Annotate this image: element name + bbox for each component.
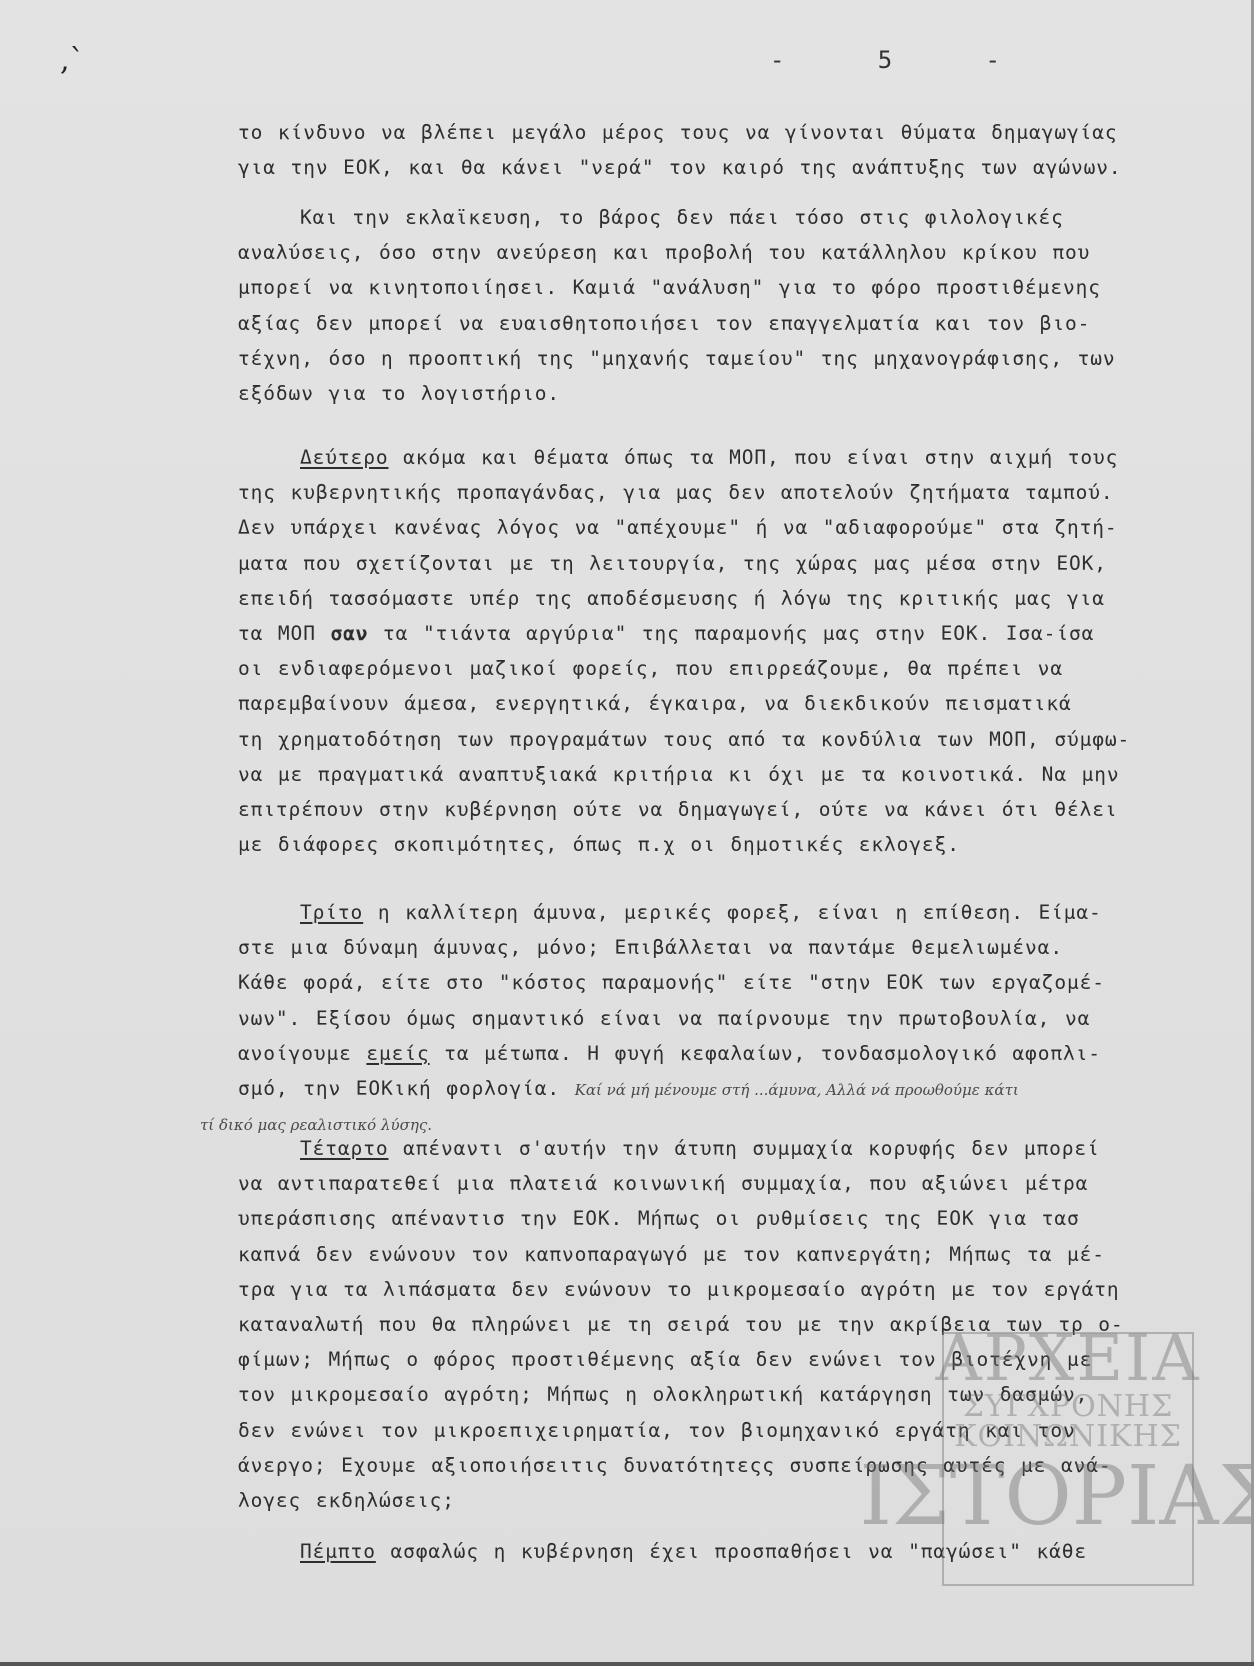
text-line: παρεμβαίνουν άμεσα, ενεργητικά, έγκαιρα,…: [238, 686, 1250, 721]
text-line: της κυβερνητικής προπαγάνδας, για μας δε…: [238, 475, 1250, 510]
text-line: το κίνδυνο να βλέπει μεγάλο μέρος τους ν…: [238, 115, 1250, 150]
paragraph-second: Δεύτερο ακόμα και θέματα όπως τα ΜΟΠ, πο…: [238, 440, 1250, 862]
paragraph-third: Τρίτο η καλλίτερη άμυνα, μερικές φορεξ, …: [238, 895, 1250, 1106]
text-line: δεν ενώνει τον μικροεπιχειρηματία, τον β…: [238, 1413, 1250, 1448]
text-line: λογες εκδηλώσεις;: [238, 1483, 1250, 1518]
text-line: επειδή τασσόμαστε υπέρ της αποδέσμευσης …: [238, 581, 1250, 616]
text-line: Κάθε φορά, είτε στο "κόστος παραμονής" ε…: [238, 965, 1250, 1000]
overtyped-word: σαν: [330, 622, 368, 645]
text-span: η καλλίτερη άμυνα, μερικές φορεξ, είναι …: [363, 901, 1101, 924]
text-span: σμό, την ΕΟΚική φορλογία.: [238, 1077, 560, 1100]
text-line: μπορεί να κινητοποιίησει. Καμιά "ανάλυση…: [238, 270, 1250, 305]
section-heading-fifth: Πέμπτο: [300, 1540, 376, 1563]
paragraph-continuation: το κίνδυνο να βλέπει μεγάλο μέρος τους ν…: [238, 115, 1250, 185]
text-line: άνεργο; Εχουμε αξιοποιήσειτις δυνατότητε…: [238, 1448, 1250, 1483]
page-number-left-dash: -: [770, 46, 784, 74]
section-heading-fourth: Τέταρτο: [300, 1137, 388, 1160]
text-line: Και την εκλαϊκευση, το βάρος δεν πάει τό…: [238, 200, 1250, 235]
text-line: σμό, την ΕΟΚική φορλογία. Καί νά μή μένο…: [238, 1071, 1250, 1106]
text-line: για την ΕΟΚ, και θα κάνει "νερά" τον και…: [238, 150, 1250, 185]
page-number: - 5 -: [770, 46, 1000, 74]
text-line: να αντιπαρατεθεί μια πλατειά κοινωνική σ…: [238, 1166, 1250, 1201]
text-line: τρα για τα λιπάσματα δεν ενώνουν το μικρ…: [238, 1272, 1250, 1307]
text-span: τα μέτωπα. Η φυγή κεφαλαίων, τονδασμολογ…: [430, 1042, 1101, 1065]
handwritten-annotation: Καί νά μή μένουμε στή ...άμυνα, Αλλά νά …: [575, 1081, 1019, 1099]
text-line: εξόδων για το λογιστήριο.: [238, 376, 1250, 411]
text-span: ανοίγουμε: [238, 1042, 366, 1065]
text-line: τέχνη, όσο η προοπτική της "μηχανής ταμε…: [238, 341, 1250, 376]
text-line: Δεν υπάρχει κανένας λόγος να "απέχουμε" …: [238, 510, 1250, 545]
paragraph-fifth: Πέμπτο ασφαλώς η κυβέρνηση έχει προσπαθή…: [238, 1534, 1250, 1569]
text-span: τα ΜΟΠ: [238, 622, 330, 645]
text-line: επιτρέπουν στην κυβέρνηση ούτε να δημαγω…: [238, 792, 1250, 827]
text-line: τον μικρομεσαίο αγρότη; Μήπως η ολοκληρω…: [238, 1377, 1250, 1412]
page-edge-bottom: [0, 1662, 1254, 1666]
underlined-word: εμείς: [366, 1042, 429, 1065]
text-line: Τρίτο η καλλίτερη άμυνα, μερικές φορεξ, …: [238, 895, 1250, 930]
text-line: Πέμπτο ασφαλώς η κυβέρνηση έχει προσπαθή…: [238, 1534, 1250, 1569]
text-line: νων". Εξίσου όμως σημαντικό είναι να παί…: [238, 1001, 1250, 1036]
section-heading-second: Δεύτερο: [300, 446, 388, 469]
page-number-value: 5: [878, 46, 892, 74]
text-span: ασφαλώς η κυβέρνηση έχει προσπαθήσει να …: [376, 1540, 1087, 1563]
text-line: ματα που σχετίζονται με τη λειτουργία, τ…: [238, 546, 1250, 581]
text-line: υπεράσπισης απέναντισ την ΕΟΚ. Μήπως οι …: [238, 1201, 1250, 1236]
document-page: ,` - 5 - το κίνδυνο να βλέπει μεγάλο μέρ…: [0, 0, 1254, 1666]
text-span: τα "τιάντα αργύρια" της παραμονής μας στ…: [368, 622, 1094, 645]
text-line: Τέταρτο απέναντι σ'αυτήν την άτυπη συμμα…: [238, 1131, 1250, 1166]
text-line: να με πραγματικά αναπτυξιακά κριτήρια κι…: [238, 757, 1250, 792]
text-span: απέναντι σ'αυτήν την άτυπη συμμαχία κορυ…: [388, 1137, 1099, 1160]
paragraph-popularization: Και την εκλαϊκευση, το βάρος δεν πάει τό…: [238, 200, 1250, 411]
section-heading-third: Τρίτο: [300, 901, 363, 924]
text-line: ανοίγουμε εμείς τα μέτωπα. Η φυγή κεφαλα…: [238, 1036, 1250, 1071]
text-span: ακόμα και θέματα όπως τα ΜΟΠ, που είναι …: [388, 446, 1118, 469]
paragraph-fourth: Τέταρτο απέναντι σ'αυτήν την άτυπη συμμα…: [238, 1131, 1250, 1518]
text-line: τη χρηματοδότηση των προγραμάτων τους απ…: [238, 722, 1250, 757]
text-line: καταναλωτή που θα πληρώνει με τη σειρά τ…: [238, 1307, 1250, 1342]
text-line: τα ΜΟΠ σαν τα "τιάντα αργύρια" της παραμ…: [238, 616, 1250, 651]
text-line: οι ενδιαφερόμενοι μαζικοί φορείς, που επ…: [238, 651, 1250, 686]
text-line: φίμων; Μήπως ο φόρος προστιθέμενης αξία …: [238, 1342, 1250, 1377]
text-line: καπνά δεν ενώνουν τον καπνοπαραγωγό με τ…: [238, 1237, 1250, 1272]
text-line: με διάφορες σκοπιμότητες, όπως π.χ οι δη…: [238, 827, 1250, 862]
text-line: αναλύσεις, όσο στην ανεύρεση και προβολή…: [238, 235, 1250, 270]
text-line: Δεύτερο ακόμα και θέματα όπως τα ΜΟΠ, πο…: [238, 440, 1250, 475]
text-line: αξίας δεν μπορεί να ευαισθητοποιήσει τον…: [238, 306, 1250, 341]
margin-mark: ,`: [60, 46, 85, 76]
text-line: στε μια δύναμη άμυνας, μόνο; Επιβάλλεται…: [238, 930, 1250, 965]
page-number-right-dash: -: [986, 46, 1000, 74]
